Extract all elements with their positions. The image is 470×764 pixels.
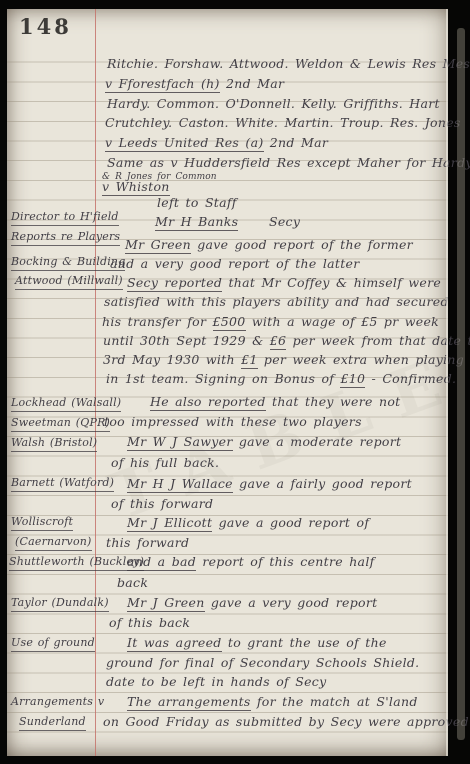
handwritten-line: in 1st team. Signing on Bonus of £10 - C… bbox=[106, 371, 456, 386]
handwritten-line: Mr W J Sawyer gave a moderate report bbox=[127, 434, 401, 449]
margin-note: Arrangements v bbox=[11, 694, 104, 709]
margin-note: Barnett (Watford) bbox=[11, 475, 114, 492]
handwritten-line: and a bad report of this centre half bbox=[127, 554, 375, 569]
handwritten-line: v Leeds United Res (a) 2nd Mar bbox=[105, 135, 328, 150]
secy-label: Secy bbox=[269, 214, 300, 229]
handwritten-line: Mr Green gave good report of the former bbox=[125, 237, 413, 252]
handwritten-line: Hardy. Common. O'Donnell. Kelly. Griffit… bbox=[107, 96, 440, 111]
handwritten-line: Mr J Ellicott gave a good report of bbox=[127, 515, 369, 530]
handwritten-line: back bbox=[117, 575, 148, 590]
handwritten-line: Secy reported that Mr Coffey & himself w… bbox=[127, 275, 441, 290]
handwritten-line: He also reported that they were not bbox=[150, 394, 400, 409]
handwritten-line: 3rd May 1930 with £1 per week extra when… bbox=[103, 352, 464, 367]
handwritten-line: The arrangements for the match at S'land bbox=[127, 694, 418, 709]
margin-note: Attwood (Millwall) bbox=[15, 273, 123, 290]
handwritten-line: Same as v Huddersfield Res except Maher … bbox=[107, 155, 470, 170]
handwritten-line: Crutchley. Caston. White. Martin. Troup.… bbox=[105, 115, 461, 130]
secretary-signature: Mr H Banks bbox=[155, 214, 238, 229]
handwritten-line: ground for final of Secondary Schools Sh… bbox=[106, 655, 419, 670]
margin-note: Sunderland bbox=[19, 714, 86, 731]
handwritten-line: too impressed with these two players bbox=[104, 414, 362, 429]
red-margin-line bbox=[95, 9, 96, 756]
handwritten-line: v Fforestfach (h) 2nd Mar bbox=[105, 76, 284, 91]
margin-note: Director to H'field bbox=[11, 209, 119, 226]
margin-note: Reports re Players bbox=[11, 229, 120, 246]
handwritten-line: of this back bbox=[109, 615, 190, 630]
next-page-edge bbox=[457, 28, 465, 740]
handwritten-line: left to Staff bbox=[157, 195, 237, 210]
handwritten-line: date to be left in hands of Secy bbox=[106, 674, 326, 689]
page-edge bbox=[446, 9, 448, 756]
margin-note: Use of ground bbox=[11, 635, 95, 652]
page-number: 148 bbox=[19, 14, 72, 39]
margin-note: Bocking & Building bbox=[11, 254, 125, 271]
handwritten-line: v Whiston bbox=[102, 179, 170, 194]
handwritten-line: until 30th Sept 1929 & £6 per week from … bbox=[103, 333, 470, 348]
handwritten-line: satisfied with this players ability and … bbox=[104, 294, 449, 309]
handwritten-line: and a very good report of the latter bbox=[110, 256, 360, 271]
handwritten-line: Ritchie. Forshaw. Attwood. Weldon & Lewi… bbox=[107, 56, 470, 71]
handwritten-line: on Good Friday as submitted by Secy were… bbox=[103, 714, 469, 729]
handwritten-line: of this forward bbox=[111, 496, 213, 511]
margin-note: Wolliscroft bbox=[11, 514, 73, 531]
ledger-page: 148 TABLE Ritchie. Forshaw. Attwood. Wel… bbox=[7, 9, 448, 756]
handwritten-line: Mr H J Wallace gave a fairly good report bbox=[127, 476, 412, 491]
margin-note: Sweetman (QPR) bbox=[11, 415, 110, 432]
handwritten-line: this forward bbox=[106, 535, 189, 550]
handwritten-line: of his full back. bbox=[111, 455, 219, 470]
handwritten-line: his transfer for £500 with a wage of £5 … bbox=[102, 314, 439, 329]
scanned-minute-book-photo: { "document": { "page_number": "148", "g… bbox=[0, 0, 470, 764]
margin-note: Lockhead (Walsall) bbox=[11, 395, 121, 412]
margin-note: Shuttleworth (Buckley) bbox=[9, 554, 144, 571]
handwritten-line: It was agreed to grant the use of the bbox=[127, 635, 387, 650]
margin-note: Walsh (Bristol) bbox=[11, 435, 97, 452]
handwritten-line: Mr J Green gave a very good report bbox=[127, 595, 377, 610]
margin-note: Taylor (Dundalk) bbox=[11, 595, 109, 612]
margin-note: (Caernarvon) bbox=[15, 534, 92, 551]
